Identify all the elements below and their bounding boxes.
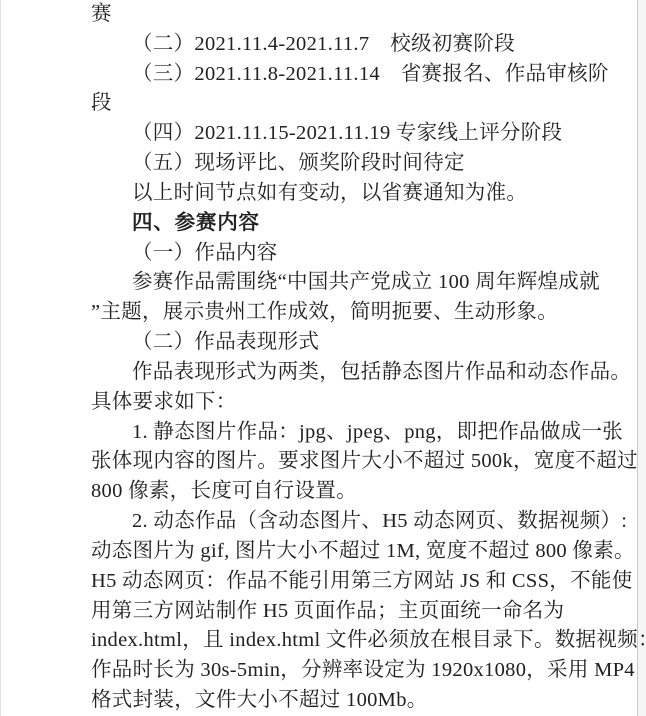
text-line: （一）作品内容 bbox=[91, 239, 549, 269]
text-line: 2. 动态作品（含动态图片、H5 动态网页、数据视频）: bbox=[91, 507, 549, 537]
document-text-area[interactable]: 赛（二）2021.11.4-2021.11.7 校级初赛阶段（三）2021.11… bbox=[91, 0, 549, 716]
text-line: 具体要求如下： bbox=[91, 388, 549, 418]
text-line: ”主题，展示贵州工作成效，简明扼要、生动形象。 bbox=[91, 298, 549, 328]
text-line: index.html，且 index.html 文件必须放在根目录下。数据视频： bbox=[91, 626, 549, 656]
text-line: 1. 静态图片作品：jpg、jpeg、png，即把作品做成一张 bbox=[91, 418, 549, 448]
text-line: 作品表现形式为两类，包括静态图片作品和动态作品。 bbox=[91, 358, 549, 388]
text-line: 以上时间节点如有变动，以省赛通知为准。 bbox=[91, 179, 549, 209]
text-line: 800 像素，长度可自行设置。 bbox=[91, 477, 549, 507]
text-line: （二）作品表现形式 bbox=[91, 328, 549, 358]
text-line: 用第三方网站制作 H5 页面作品；主页面统一命名为 bbox=[91, 597, 549, 627]
text-line: 作品时长为 30s-5min，分辨率设定为 1920x1080，采用 MP4 bbox=[91, 656, 549, 686]
text-line: 段 bbox=[91, 89, 549, 119]
text-line: （五）现场评比、颁奖阶段时间待定 bbox=[91, 149, 549, 179]
text-line: 动态图片为 gif, 图片大小不超过 1M, 宽度不超过 800 像素。 bbox=[91, 537, 549, 567]
document-page: 赛（二）2021.11.4-2021.11.7 校级初赛阶段（三）2021.11… bbox=[0, 0, 638, 716]
text-line: 四、参赛内容 bbox=[91, 209, 549, 239]
text-line: H5 动态网页：作品不能引用第三方网站 JS 和 CSS，不能使 bbox=[91, 567, 549, 597]
text-line: 赛 bbox=[91, 0, 549, 30]
text-line: 参赛作品需围绕“中国共产党成立 100 周年辉煌成就 bbox=[91, 268, 549, 298]
text-line: （三）2021.11.8-2021.11.14 省赛报名、作品审核阶 bbox=[91, 60, 549, 90]
text-line: 格式封装，文件大小不超过 100Mb。 bbox=[91, 686, 549, 716]
text-line: 张体现内容的图片。要求图片大小不超过 500k，宽度不超过 bbox=[91, 447, 549, 477]
text-line: （二）2021.11.4-2021.11.7 校级初赛阶段 bbox=[91, 30, 549, 60]
text-line: （四）2021.11.15-2021.11.19 专家线上评分阶段 bbox=[91, 119, 549, 149]
